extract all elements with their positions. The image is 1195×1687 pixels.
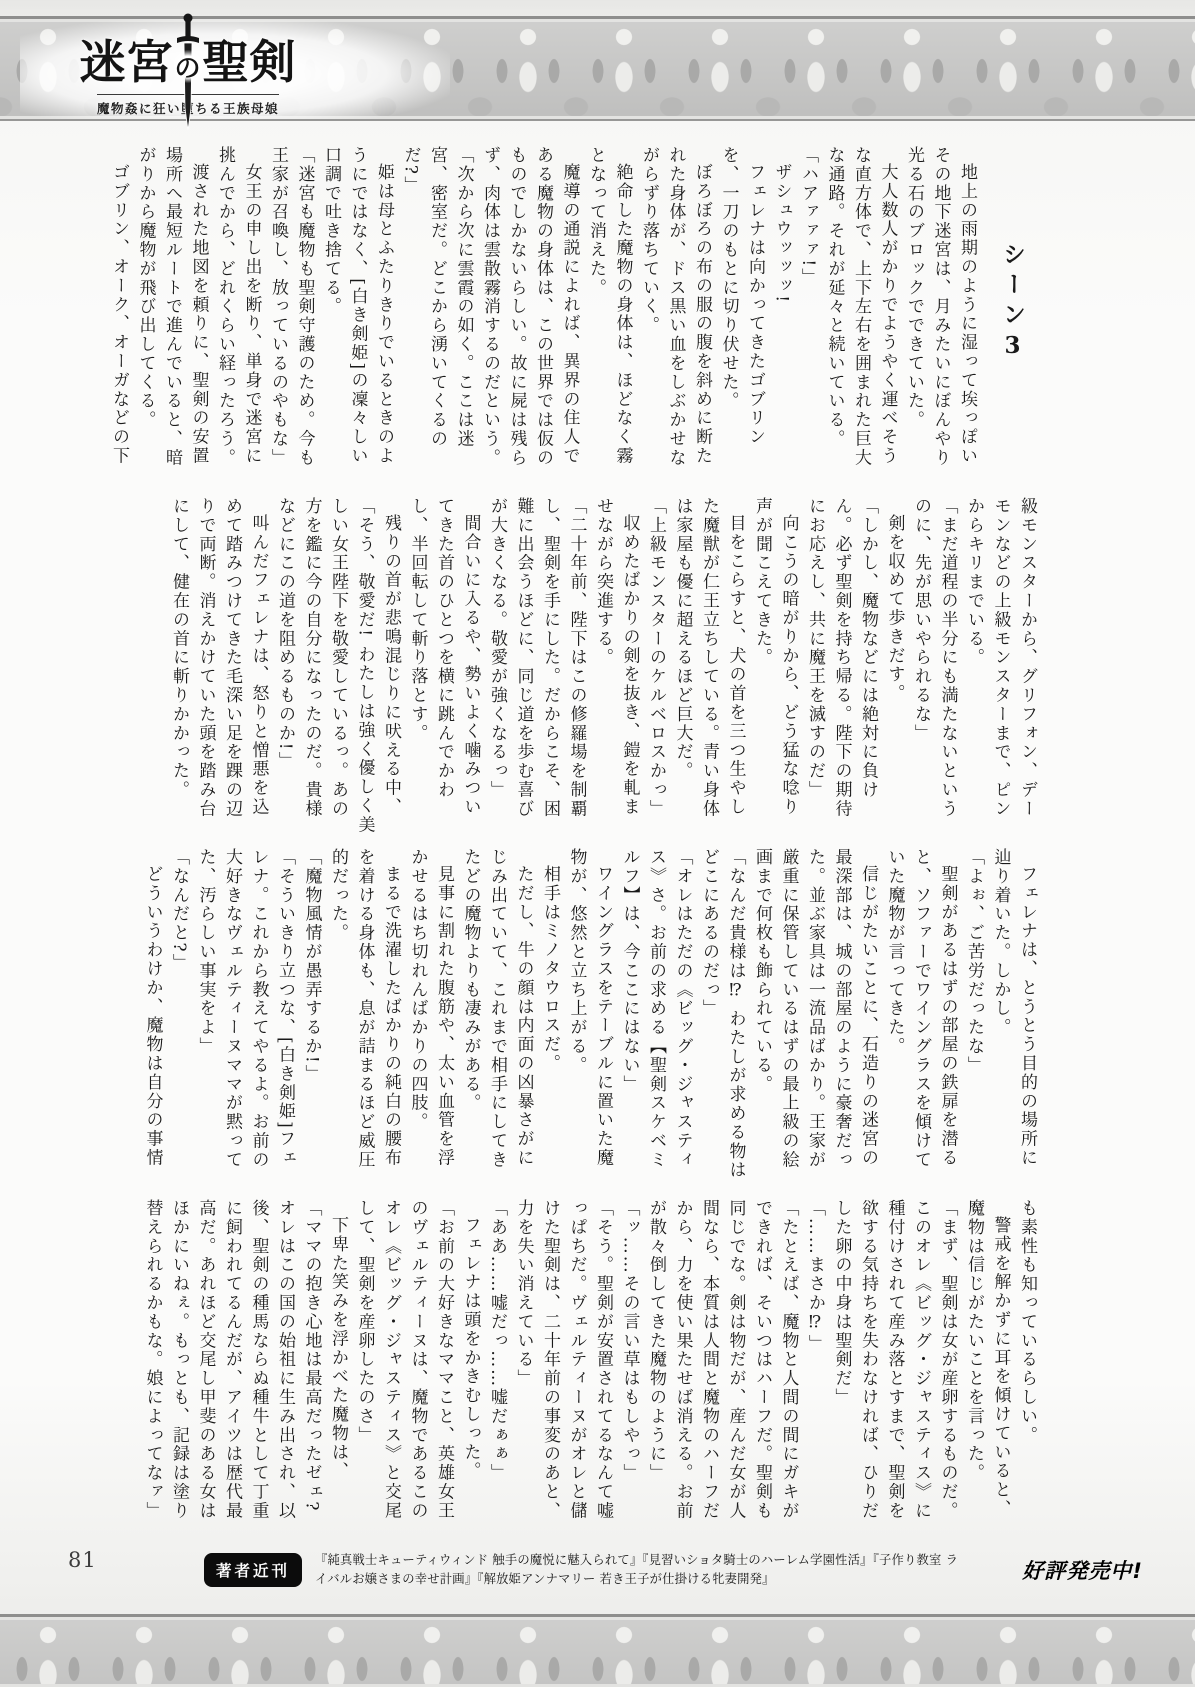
paragraph: 「まず、聖剣は女が産卵するものだ。このオレ《ビッグ・ジャスティス》に種付けされて… — [828, 1199, 961, 1537]
paragraph: 向こうの暗がりから、どう猛な唸り声が聞こえてきた。 — [749, 497, 802, 835]
paragraph: 「そういきり立つな、[白き剣姫]フェレナ。これから教えてやるよ。お前の大好きなヴ… — [192, 848, 298, 1186]
paragraph: 「そう、敬愛だ! わたしは強く優しく美しい女王陛下を敬愛しているっ。あの方を鑑に… — [272, 497, 378, 835]
book-titles: 『純真戦士キューティウィンド 触手の魔悦に魅入られて』『見習いショタ騎士のハーレ… — [315, 1551, 1009, 1589]
novel-page: 迷宮 の 聖剣 魔物姦に狂い堕ちる王族母娘 シーン3 地上の雨期のように湿って埃… — [0, 0, 1195, 1687]
paragraph: どういうわけか、魔物は自分の事情 — [139, 848, 166, 1186]
paragraph: 「なんだ貴様は⁉ わたしが求める物はどこにあるのだっ」 — [696, 848, 749, 1186]
paragraph: 「まだ道程の半分にも満たないというのに、先が思いやられるな」 — [908, 497, 961, 835]
paragraph: 「そう。聖剣が安置されてるなんて嘘っぱちだ。ヴェルティーヌがオレと儲けた聖剣は、… — [510, 1199, 616, 1537]
paragraph: フェレナは頭をかきむしった。 — [457, 1199, 484, 1537]
paragraph: 「たとえば、魔物と人間の間にガキができれば、そいつはハーフだ。聖剣も同じでな。剣… — [643, 1199, 802, 1537]
paragraph: まるで洗濯したばかりの純白の腰布を着ける身体も、息が詰まるほど威圧的だった。 — [325, 848, 405, 1186]
paragraph: 「……まさか⁉」 — [802, 1199, 829, 1537]
paragraph: 「ハアァァァ!」 — [795, 146, 822, 484]
footer-bar: 著者近刊 『純真戦士キューティウィンド 触手の魔悦に魅入られて』『見習いショタ騎… — [204, 1543, 1143, 1597]
text-band-4: も素性も知っているらしい。警戒を解かずに耳を傾けていると、魔物は信じがたいことを… — [80, 1199, 1040, 1537]
paragraph: ぼろぼろの布の服の腹を斜めに断たれた身体が、ドス黒い血をしぶかせながらずり落ちて… — [636, 146, 716, 484]
paragraph: 「上級モンスターのケルベロスかっ」 — [643, 497, 670, 835]
paragraph: 「ッ……その言い草はもしやっ」 — [616, 1199, 643, 1537]
book-titles-line-1: 『純真戦士キューティウィンド 触手の魔悦に魅入られて』『見習いショタ騎士のハーレ… — [315, 1553, 958, 1567]
paragraph: 「オレはただの《ビッグ・ジャスティス》さ。お前の求める【聖剣スケベミルフ】は、今… — [616, 848, 696, 1186]
paragraph: ザシュウッッッ! — [768, 146, 795, 484]
paragraph: フェレナは、とうとう目的の場所に辿り着いた。しかし。 — [987, 848, 1040, 1186]
logo-title: 迷宮 の 聖剣 — [56, 26, 320, 92]
paragraph: 「ああ……嘘だっ……嘘だぁぁ」 — [484, 1199, 511, 1537]
logo-text-part2: 聖剣 — [203, 26, 297, 92]
ornament-bottom-band — [0, 1614, 1195, 1687]
paragraph: 大人数人がかりでようやく運べそうな直方体で、上下左右を囲まれた巨大な通路。それが… — [821, 146, 901, 484]
paragraph: も素性も知っているらしい。 — [1014, 1199, 1041, 1537]
logo-text-no: の — [174, 48, 201, 85]
paragraph: 残りの首が悲鳴混じりに吠える中、 — [378, 497, 405, 835]
paragraph: 見事に割れた腹筋や、太い血管を浮かせるはち切れんばかりの四肢。 — [404, 848, 457, 1186]
paragraph: 魔導の通説によれば、異界の住人である魔物の身体は、この世界では仮のものでしかない… — [477, 146, 583, 484]
paragraph: フェレナは向かってきたゴブリンを、一刀のもとに切り伏せた。 — [715, 146, 768, 484]
paragraph: 信じがたいことに、石造りの迷宮の最深部は、城の部屋のように豪奢だった。並ぶ家具は… — [749, 848, 882, 1186]
paragraph: 収めたばかりの剣を抜き、鎧を軋ませながら突進する。 — [590, 497, 643, 835]
paragraph: 姫は母とふたりきりでいるときのようにではなく、[白き剣姫]の凜々しい口調で吐き捨… — [318, 146, 398, 484]
paragraph: 聖剣があるはずの部屋の鉄扉を潜ると、ソファーでワイングラスを傾けていた魔物が言っ… — [881, 848, 961, 1186]
paragraph: 「魔物風情が愚弄するか!」 — [298, 848, 325, 1186]
paragraph: 「迷宮も魔物も聖剣守護のため。今も王家が召喚し、放っているのやもな」 — [265, 146, 318, 484]
logo-text-part1: 迷宮 — [79, 26, 173, 92]
text-band-3: フェレナは、とうとう目的の場所に辿り着いた。しかし。「よぉ、ご苦労だったな」聖剣… — [80, 848, 1040, 1186]
paragraph: 「しかし、魔物などには絶対に負けん。必ず聖剣を持ち帰る。陛下の期待にお応えし、共… — [802, 497, 882, 835]
text-band-2: 級モンスターから、グリフォン、デーモンなどの上級モンスターまで、ピンからキリまで… — [80, 497, 1040, 835]
paragraph: 「なんだと?」 — [166, 848, 193, 1186]
promo-text: 好評発売中! — [1022, 1555, 1143, 1585]
paragraph: 「ママの抱き心地は最高だったゼェ? オレはこの国の始祖に生み出され、以後、聖剣の… — [139, 1199, 325, 1537]
paragraph: 叫んだフェレナは、怒りと憎悪を込めて踏みつけてきた毛深い足を踝の辺りで両断。消え… — [166, 497, 272, 835]
paragraph: 目をこらすと、犬の首を三つ生やした魔獣が仁王立ちしている。青い身体は家屋も優に超… — [669, 497, 749, 835]
scene-heading: シーン3 — [994, 146, 1030, 484]
paragraph: 渡された地図を頼りに、聖剣の安置場所へ最短ルートで進んでいると、暗がりから魔物が… — [132, 146, 212, 484]
paragraph: 下卑た笑みを浮かべた魔物は、 — [325, 1199, 352, 1537]
paragraph: 女王の申し出を断り、単身で迷宮に挑んでから、どれくらい経ったろう。 — [212, 146, 265, 484]
paragraph: 「二十年前、陛下はこの修羅場を制覇し、聖剣を手にした。だからこそ、困難に出会うほ… — [484, 497, 590, 835]
paragraph: 「よぉ、ご苦労だったな」 — [961, 848, 988, 1186]
paragraph: 地上の雨期のように湿って埃っぽいその地下迷宮は、月みたいにぼんやり光る石のブロッ… — [901, 146, 981, 484]
text-band-1: シーン3 地上の雨期のように湿って埃っぽいその地下迷宮は、月みたいにぼんやり光る… — [80, 146, 1040, 484]
book-titles-line-2: イバルお嬢さまの幸せ計画』『解放姫アンナマリー 若き王子が仕掛ける牝妻開発』 — [315, 1572, 775, 1586]
page-number: 81 — [68, 1548, 97, 1572]
paragraph: ただし、牛の顔は内面の凶暴さがにじみ出ていて、これまで相手にしてきたどの魔物より… — [457, 848, 537, 1186]
paragraph: 「次から次に雲霞の如く。ここは迷宮、密室だ。どこから湧いてくるのだ?」 — [397, 146, 477, 484]
paragraph: 相手はミノタウロスだ。 — [537, 848, 564, 1186]
text-content: シーン3 地上の雨期のように湿って埃っぽいその地下迷宮は、月みたいにぼんやり光る… — [80, 146, 1040, 1537]
paragraph: ゴブリン、オーク、オーガなどの下 — [106, 146, 133, 484]
logo: 迷宮 の 聖剣 魔物姦に狂い堕ちる王族母娘 — [56, 26, 320, 117]
paragraph: 剣を収めて歩きだす。 — [881, 497, 908, 835]
paragraph: 級モンスターから、グリフォン、デーモンなどの上級モンスターまで、ピンからキリまで… — [961, 497, 1041, 835]
author-recent-works-label: 著者近刊 — [204, 1553, 302, 1587]
paragraph: 絶命した魔物の身体は、ほどなく霧となって消えた。 — [583, 146, 636, 484]
paragraph: ワイングラスをテーブルに置いた魔物が、悠然と立ち上がる。 — [563, 848, 616, 1186]
paragraph: 間合いに入るや、勢いよく噛みついてきた首のひとつを横に跳んでかわし、半回転して斬… — [404, 497, 484, 835]
paragraph: 警戒を解かずに耳を傾けていると、魔物は信じがたいことを言った。 — [961, 1199, 1014, 1537]
paragraph: 「お前の大好きなママこと、英雄女王のヴェルティーヌは、魔物であるこのオレ《ビッグ… — [351, 1199, 457, 1537]
